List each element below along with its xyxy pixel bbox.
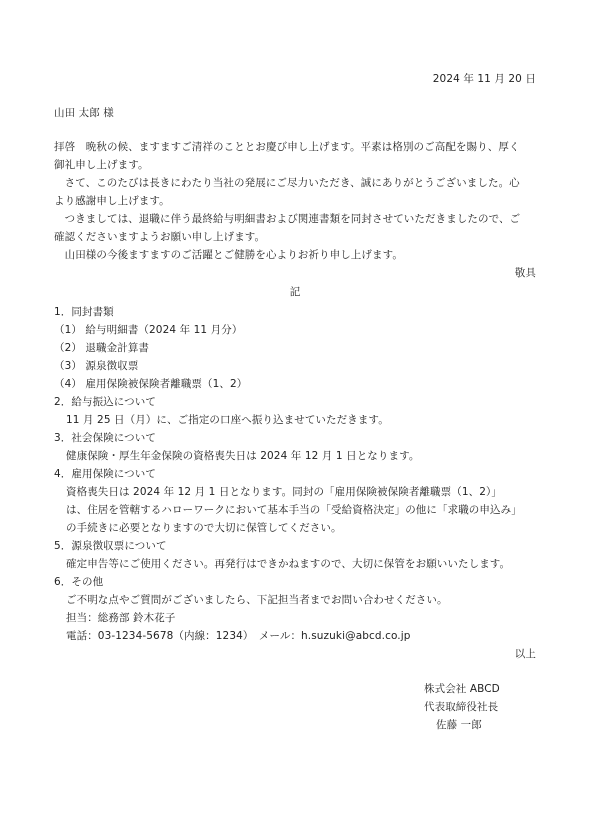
section-2-title: 2．給与振込について bbox=[54, 395, 156, 409]
enclosure-item: （1） 給与明細書（2024 年 11 月分） bbox=[54, 323, 242, 337]
section-4-line-1: 資格喪失日は 2024 年 12 月 1 日となります。同封の「雇用保険被保険者… bbox=[66, 485, 502, 499]
section-3-title: 3．社会保険について bbox=[54, 431, 156, 445]
thanks-line-2: より感謝申し上げます。 bbox=[54, 194, 170, 208]
section-4-line-2: は、住居を管轄するハローワークにおいて基本手当の「受給資格決定」の他に「求職の申… bbox=[66, 503, 522, 517]
enclosure-line-2: 確認くださいますようお願い申し上げます。 bbox=[54, 230, 265, 244]
section-4-line-3: の手続きに必要となりますので大切に保管してください。 bbox=[66, 521, 342, 535]
section-5-title: 5．源泉徴収票について bbox=[54, 539, 167, 553]
end-mark: 以上 bbox=[515, 647, 536, 661]
contact-person: 担当：総務部 鈴木花子 bbox=[66, 611, 175, 625]
closing-keigu: 敬具 bbox=[515, 266, 536, 280]
recipient-name: 山田 太郎 様 bbox=[54, 106, 114, 120]
greeting-line-1: 拝啓 晩秋の候、ますますご清祥のこととお慶び申し上げます。平素は格別のご高配を賜… bbox=[54, 140, 520, 154]
greeting-line-2: 御礼申し上げます。 bbox=[54, 158, 149, 172]
sender-title: 代表取締役社長 bbox=[424, 700, 498, 714]
enclosure-item: （2） 退職金計算書 bbox=[54, 341, 149, 355]
letter-date: 2024 年 11 月 20 日 bbox=[433, 72, 536, 86]
section-1-title: 1．同封書類 bbox=[54, 305, 114, 319]
section-3-text: 健康保険・厚生年金保険の資格喪失日は 2024 年 12 月 1 日となります。 bbox=[66, 449, 419, 463]
section-2-text: 11 月 25 日（月）に、ご指定の口座へ振り込ませていただきます。 bbox=[66, 413, 389, 427]
enclosure-item: （4） 雇用保険被保険者離職票（1、2） bbox=[54, 377, 247, 391]
section-6-text: ご不明な点やご質問がございましたら、下記担当者までお問い合わせください。 bbox=[66, 593, 448, 607]
ki-heading: 記 bbox=[0, 285, 590, 299]
section-5-text: 確定申告等にご使用ください。再発行はできかねますので、大切に保管をお願いいたしま… bbox=[66, 557, 510, 571]
thanks-line-1: さて、このたびは長きにわたり当社の発展にご尽力いただき、誠にありがとうございまし… bbox=[54, 176, 520, 190]
section-4-title: 4．雇用保険について bbox=[54, 467, 156, 481]
sender-name: 佐藤 一郎 bbox=[436, 718, 482, 732]
section-6-title: 6．その他 bbox=[54, 575, 103, 589]
wishes-line: 山田様の今後ますますのご活躍とご健勝を心よりお祈り申し上げます。 bbox=[54, 248, 403, 262]
sender-company: 株式会社 ABCD bbox=[424, 682, 500, 696]
contact-info: 電話：03-1234-5678（内線：1234） メール：h.suzuki@ab… bbox=[66, 629, 411, 643]
enclosure-item: （3） 源泉徴収票 bbox=[54, 359, 138, 373]
letter-page: 2024 年 11 月 20 日 山田 太郎 様 拝啓 晩秋の候、ますますご清祥… bbox=[0, 0, 590, 834]
enclosure-line-1: つきましては、退職に伴う最終給与明細書および関連書類を同封させていただきましたの… bbox=[54, 212, 520, 226]
